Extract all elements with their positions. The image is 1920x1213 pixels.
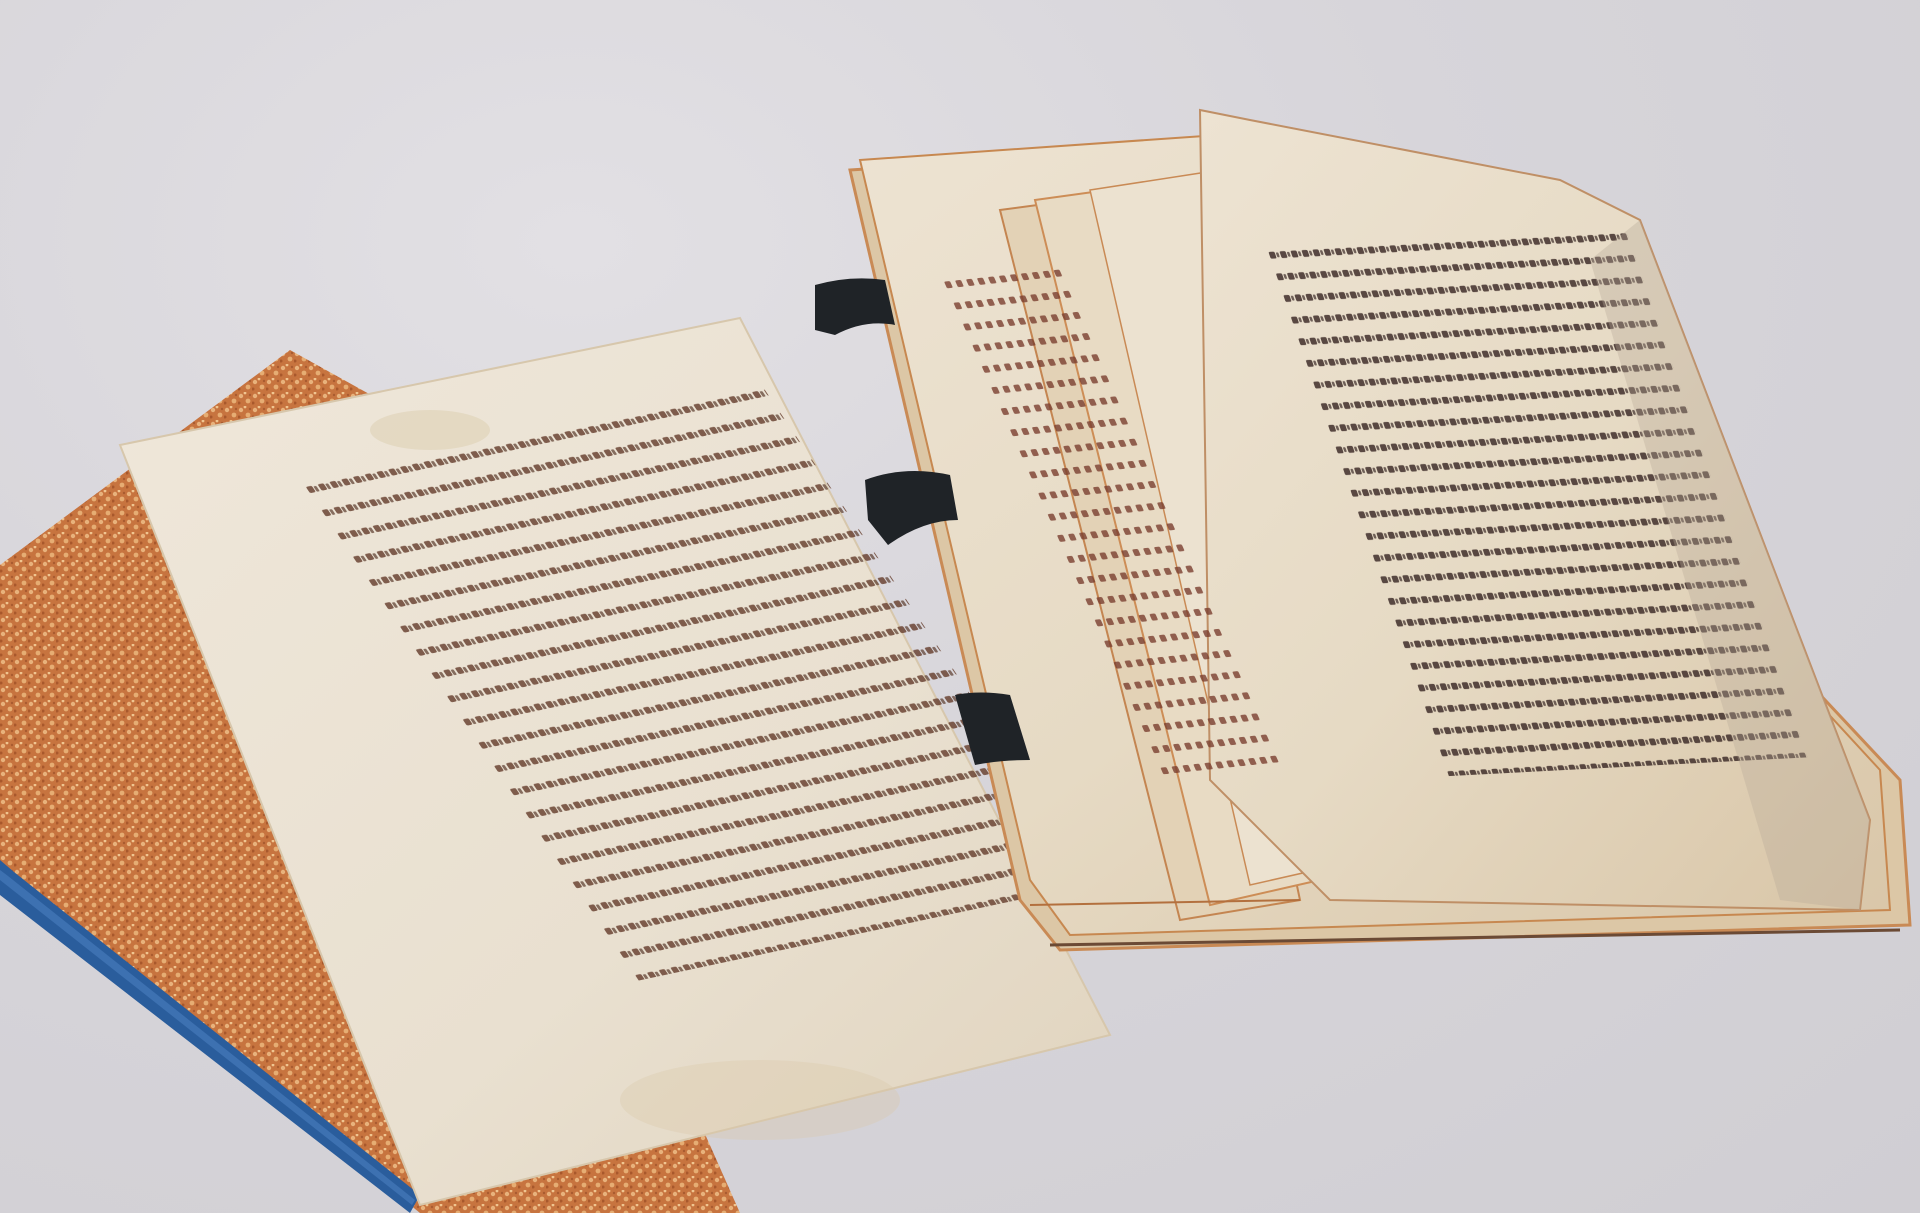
stitch-top [815, 278, 895, 335]
manuscript-photo: Ancient parchment manuscript leaves (Gre… [0, 0, 1920, 1213]
binding-stitches [0, 0, 1920, 1213]
stitch-bottom [955, 693, 1030, 766]
stitch-middle [865, 471, 958, 545]
